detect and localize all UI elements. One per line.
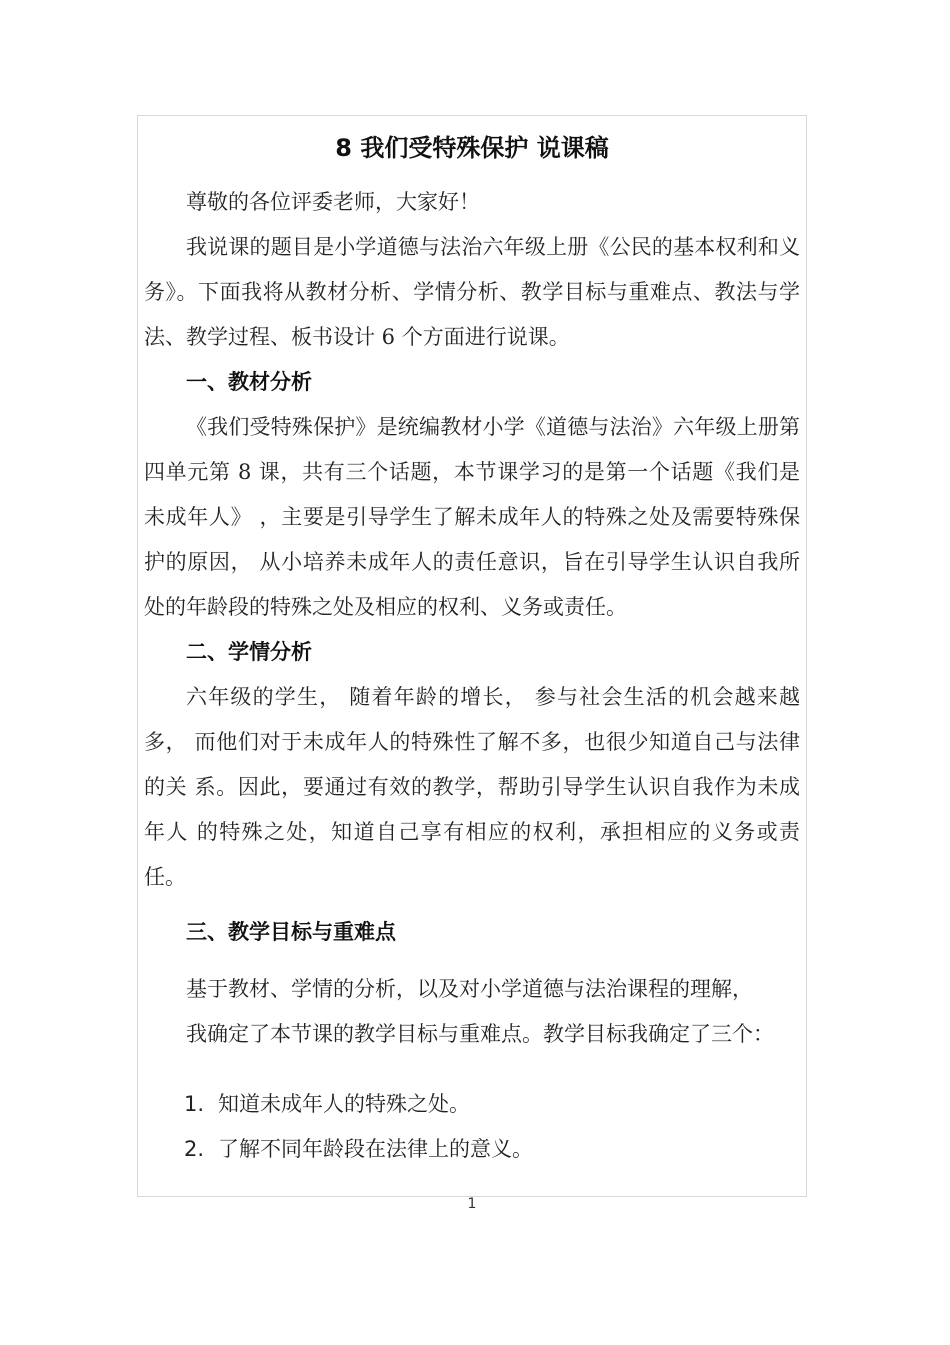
section-heading-teaching-goals: 三、教学目标与重难点 — [144, 910, 800, 955]
goal-item-number: 1. — [184, 1082, 204, 1127]
paragraph-student-analysis: 六年级的学生， 随着年龄的增长， 参与社会生活的机会越来越多， 而他们对于未成年… — [144, 675, 800, 900]
goal-item-text: 了解不同年龄段在法律上的意义。 — [218, 1137, 533, 1161]
page-number: 1 — [137, 1196, 807, 1212]
paragraph-greeting: 尊敬的各位评委老师，大家好！ — [144, 180, 800, 225]
goal-list-item: 2.了解不同年龄段在法律上的意义。 — [144, 1127, 800, 1172]
paragraph-intro: 我说课的题目是小学道德与法治六年级上册《公民的基本权利和义务》。下面我将从教材分… — [144, 225, 800, 360]
document-page: 8 我们受特殊保护 说课稿 尊敬的各位评委老师，大家好！ 我说课的题目是小学道德… — [137, 115, 807, 1197]
goal-item-number: 2. — [184, 1127, 204, 1172]
paragraph-goals-lead-line1: 基于教材、学情的分析，以及对小学道德与法治课程的理解， — [144, 967, 800, 1012]
document-title: 8 我们受特殊保护 说课稿 — [144, 132, 800, 164]
paragraph-material-analysis: 《我们受特殊保护》是统编教材小学《道德与法治》六年级上册第四单元第 8 课，共有… — [144, 405, 800, 630]
goal-list-item: 1.知道未成年人的特殊之处。 — [144, 1082, 800, 1127]
paragraph-goals-lead-line2: 我确定了本节课的教学目标与重难点。教学目标我确定了三个： — [144, 1012, 800, 1057]
goal-item-text: 知道未成年人的特殊之处。 — [218, 1092, 470, 1116]
section-heading-material-analysis: 一、教材分析 — [144, 360, 800, 405]
section-heading-student-analysis: 二、学情分析 — [144, 630, 800, 675]
